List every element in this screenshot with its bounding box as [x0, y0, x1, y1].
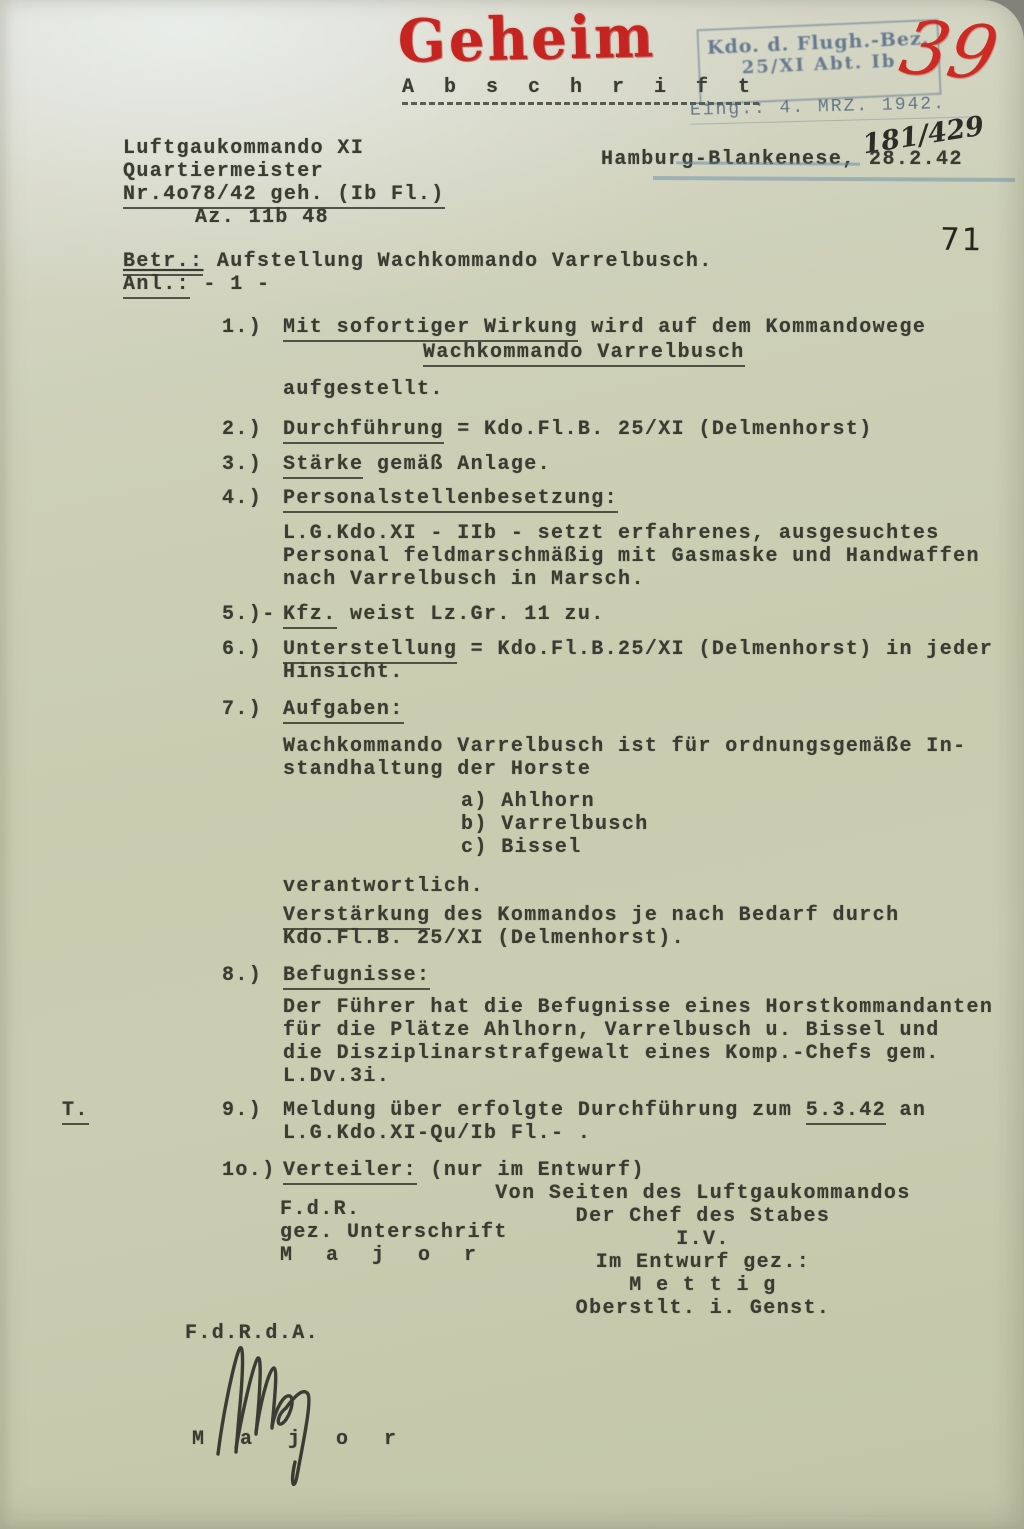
- subject-line: Betr.: Aufstellung Wachkommando Varrelbu…: [123, 250, 713, 273]
- text-segment: Wachkommando Varrelbusch ist für ordnung…: [283, 735, 967, 758]
- text-segment: weist Lz.Gr. 11 zu.: [337, 603, 605, 626]
- signature-block-right: Von Seiten des LuftgaukommandosDer Chef …: [468, 1182, 938, 1320]
- text-segment: wird auf dem Kommandowege: [578, 316, 926, 339]
- document-item: 6.)Unterstellung = Kdo.Fl.B.25/XI (Delme…: [0, 638, 1024, 684]
- document-line: b) Varrelbusch: [283, 813, 1024, 836]
- document-line: Durchführung = Kdo.Fl.B. 25/XI (Delmenho…: [283, 418, 1024, 441]
- document-line: für die Plätze Ahlhorn, Varrelbusch u. B…: [283, 1019, 1024, 1042]
- letterhead-unit: Luftgaukommando XI: [123, 137, 445, 160]
- document-line: Wachkommando Varrelbusch ist für ordnung…: [283, 735, 1024, 758]
- document-item: T.9.)Meldung über erfolgte Durchführung …: [0, 1099, 1024, 1145]
- text-segment: = Kdo.Fl.B. 25/XI (Delmenhorst): [444, 418, 873, 441]
- signature-line: Im Entwurf gez.:: [468, 1251, 938, 1274]
- document-line: Verteiler: (nur im Entwurf): [283, 1159, 1024, 1182]
- geheim-secret-stamp: Geheim: [391, 2, 662, 77]
- document-item: 4.)Personalstellenbesetzung:L.G.Kdo.XI -…: [0, 487, 1024, 591]
- item-number: 3.): [222, 453, 262, 476]
- letterhead-office: Quartiermeister: [123, 160, 445, 183]
- document-line: Hinsicht.: [283, 661, 1024, 684]
- document-line: aufgestellt.: [283, 378, 1024, 401]
- text-segment: Kdo.Fl.B. 25/XI (Delmenhorst).: [283, 927, 685, 950]
- signature-rank: M a j o r: [192, 1428, 408, 1451]
- signature-line: Der Chef des Stabes: [468, 1205, 938, 1228]
- blue-pencil-underline: [653, 176, 1015, 182]
- letterhead: Luftgaukommando XI Quartiermeister Nr.4o…: [123, 137, 445, 229]
- underlined-text: Kfz.: [283, 603, 337, 629]
- underlined-text: Befugnisse:: [283, 964, 430, 990]
- document-line: Kdo.Fl.B. 25/XI (Delmenhorst).: [283, 927, 1024, 950]
- document-items: 1.)Mit sofortiger Wirkung wird auf dem K…: [0, 316, 1024, 1182]
- document-line: Meldung über erfolgte Durchführung zum 5…: [283, 1099, 1024, 1122]
- signature-line: Von Seiten des Luftgaukommandos: [468, 1182, 938, 1205]
- page: { "classification": { "secret": "Geheim"…: [0, 0, 1024, 1529]
- document-item: 2.)Durchführung = Kdo.Fl.B. 25/XI (Delme…: [0, 418, 1024, 441]
- document-item: 1.)Mit sofortiger Wirkung wird auf dem K…: [0, 316, 1024, 401]
- item-number: 6.): [222, 638, 262, 661]
- document-item: 7.)Aufgaben:Wachkommando Varrelbusch ist…: [0, 698, 1024, 950]
- text-segment: die Disziplinarstrafgewalt eines Komp.-C…: [283, 1042, 940, 1065]
- underlined-text: Durchführung: [283, 418, 444, 444]
- red-handwritten-number: 39: [893, 5, 1005, 97]
- document-line: Befugnisse:: [283, 964, 1024, 987]
- text-segment: Hinsicht.: [283, 661, 404, 684]
- signature-line: M e t t i g: [468, 1274, 938, 1297]
- text-segment: L.G.Kdo.XI-Qu/Ib Fl.- .: [283, 1122, 591, 1145]
- underlined-text: Verteiler:: [283, 1159, 417, 1185]
- document-line: Mit sofortiger Wirkung wird auf dem Komm…: [283, 316, 1024, 339]
- text-segment: a) Ahlhorn: [461, 790, 595, 813]
- text-segment: an: [886, 1099, 926, 1122]
- text-segment: verantwortlich.: [283, 875, 484, 898]
- item-number: 1.): [222, 316, 262, 339]
- document-item: 5.)-Kfz. weist Lz.Gr. 11 zu.: [0, 603, 1024, 626]
- margin-note: T.: [62, 1099, 89, 1125]
- document-item: 3.)Stärke gemäß Anlage.: [0, 453, 1024, 476]
- item-number: 7.): [222, 698, 262, 721]
- text-segment: b) Varrelbusch: [461, 813, 649, 836]
- document-line: L.G.Kdo.XI - IIb - setzt erfahrenes, aus…: [283, 522, 1024, 545]
- text-segment: standhaltung der Horste: [283, 758, 591, 781]
- document-line: Personal feldmarschmäßig mit Gasmaske un…: [283, 545, 1024, 568]
- document-line: verantwortlich.: [283, 875, 1024, 898]
- text-segment: Meldung über erfolgte Durchführung zum: [283, 1099, 806, 1122]
- handwritten-folio-number: 71: [940, 222, 984, 259]
- document-page: Geheim A b s c h r i f t Kdo. d. Flugh.-…: [0, 0, 1024, 1529]
- document-item: 1o.)Verteiler: (nur im Entwurf): [0, 1159, 1024, 1182]
- document-line: Kfz. weist Lz.Gr. 11 zu.: [283, 603, 1024, 626]
- text-segment: gemäß Anlage.: [363, 453, 551, 476]
- text-segment: L.Dv.3i.: [283, 1065, 390, 1088]
- text-segment: Der Führer hat die Befugnisse eines Hors…: [283, 996, 993, 1019]
- underlined-text: Stärke: [283, 453, 363, 479]
- item-number: 9.): [222, 1099, 262, 1122]
- document-line: Der Führer hat die Befugnisse eines Hors…: [283, 996, 1024, 1019]
- enclosure-text: - 1 -: [190, 273, 270, 296]
- document-line: Personalstellenbesetzung:: [283, 487, 1024, 510]
- letterhead-reference-number: Nr.4o78/42 geh. (Ib Fl.): [123, 183, 445, 206]
- item-number: 1o.): [222, 1159, 276, 1182]
- document-line: L.G.Kdo.XI-Qu/Ib Fl.- .: [283, 1122, 1024, 1145]
- underlined-text: Mit sofortiger Wirkung: [283, 316, 578, 342]
- subject-text: Aufstellung Wachkommando Varrelbusch.: [203, 250, 712, 273]
- signature-line: I.V.: [468, 1228, 938, 1251]
- letterhead-file-number: Az. 11b 48: [123, 206, 445, 229]
- document-line: Unterstellung = Kdo.Fl.B.25/XI (Delmenho…: [283, 638, 1024, 661]
- underlined-text: Aufgaben:: [283, 698, 404, 724]
- text-segment: L.G.Kdo.XI - IIb - setzt erfahrenes, aus…: [283, 522, 940, 545]
- document-line: c) Bissel: [283, 836, 1024, 859]
- enclosure-line: Anl.: - 1 -: [123, 273, 270, 296]
- item-number: 2.): [222, 418, 262, 441]
- document-line: nach Varrelbusch in Marsch.: [283, 568, 1024, 591]
- underlined-text: Personalstellenbesetzung:: [283, 487, 618, 513]
- text-segment: c) Bissel: [461, 836, 582, 859]
- document-line: Aufgaben:: [283, 698, 1024, 721]
- document-line: standhaltung der Horste: [283, 758, 1024, 781]
- place-and-date: Hamburg-Blankenese, 28.2.42: [601, 148, 963, 171]
- enclosure-label: Anl.:: [123, 273, 190, 299]
- item-number: 5.)-: [222, 603, 276, 626]
- text-segment: für die Plätze Ahlhorn, Varrelbusch u. B…: [283, 1019, 940, 1042]
- text-segment: aufgestellt.: [283, 378, 444, 401]
- document-line: Stärke gemäß Anlage.: [283, 453, 1024, 476]
- document-line: die Disziplinarstrafgewalt eines Komp.-C…: [283, 1042, 1024, 1065]
- document-line: Wachkommando Varrelbusch: [283, 341, 1024, 364]
- document-line: a) Ahlhorn: [283, 790, 1024, 813]
- underlined-text: Wachkommando Varrelbusch: [423, 341, 745, 367]
- item-number: 4.): [222, 487, 262, 510]
- text-segment: Personal feldmarschmäßig mit Gasmaske un…: [283, 545, 980, 568]
- document-item: 8.)Befugnisse:Der Führer hat die Befugni…: [0, 964, 1024, 1088]
- text-segment: = Kdo.Fl.B.25/XI (Delmenhorst) in jeder: [457, 638, 993, 661]
- underlined-text: 5.3.42: [806, 1099, 886, 1125]
- text-segment: nach Varrelbusch in Marsch.: [283, 568, 645, 591]
- document-line: L.Dv.3i.: [283, 1065, 1024, 1088]
- text-segment: des Kommandos je nach Bedarf durch: [430, 904, 899, 927]
- document-line: Verstärkung des Kommandos je nach Bedarf…: [283, 904, 1024, 927]
- handwritten-signature: [196, 1336, 346, 1496]
- item-number: 8.): [222, 964, 262, 987]
- text-segment: (nur im Entwurf): [417, 1159, 645, 1182]
- signature-line: Oberstlt. i. Genst.: [468, 1297, 938, 1320]
